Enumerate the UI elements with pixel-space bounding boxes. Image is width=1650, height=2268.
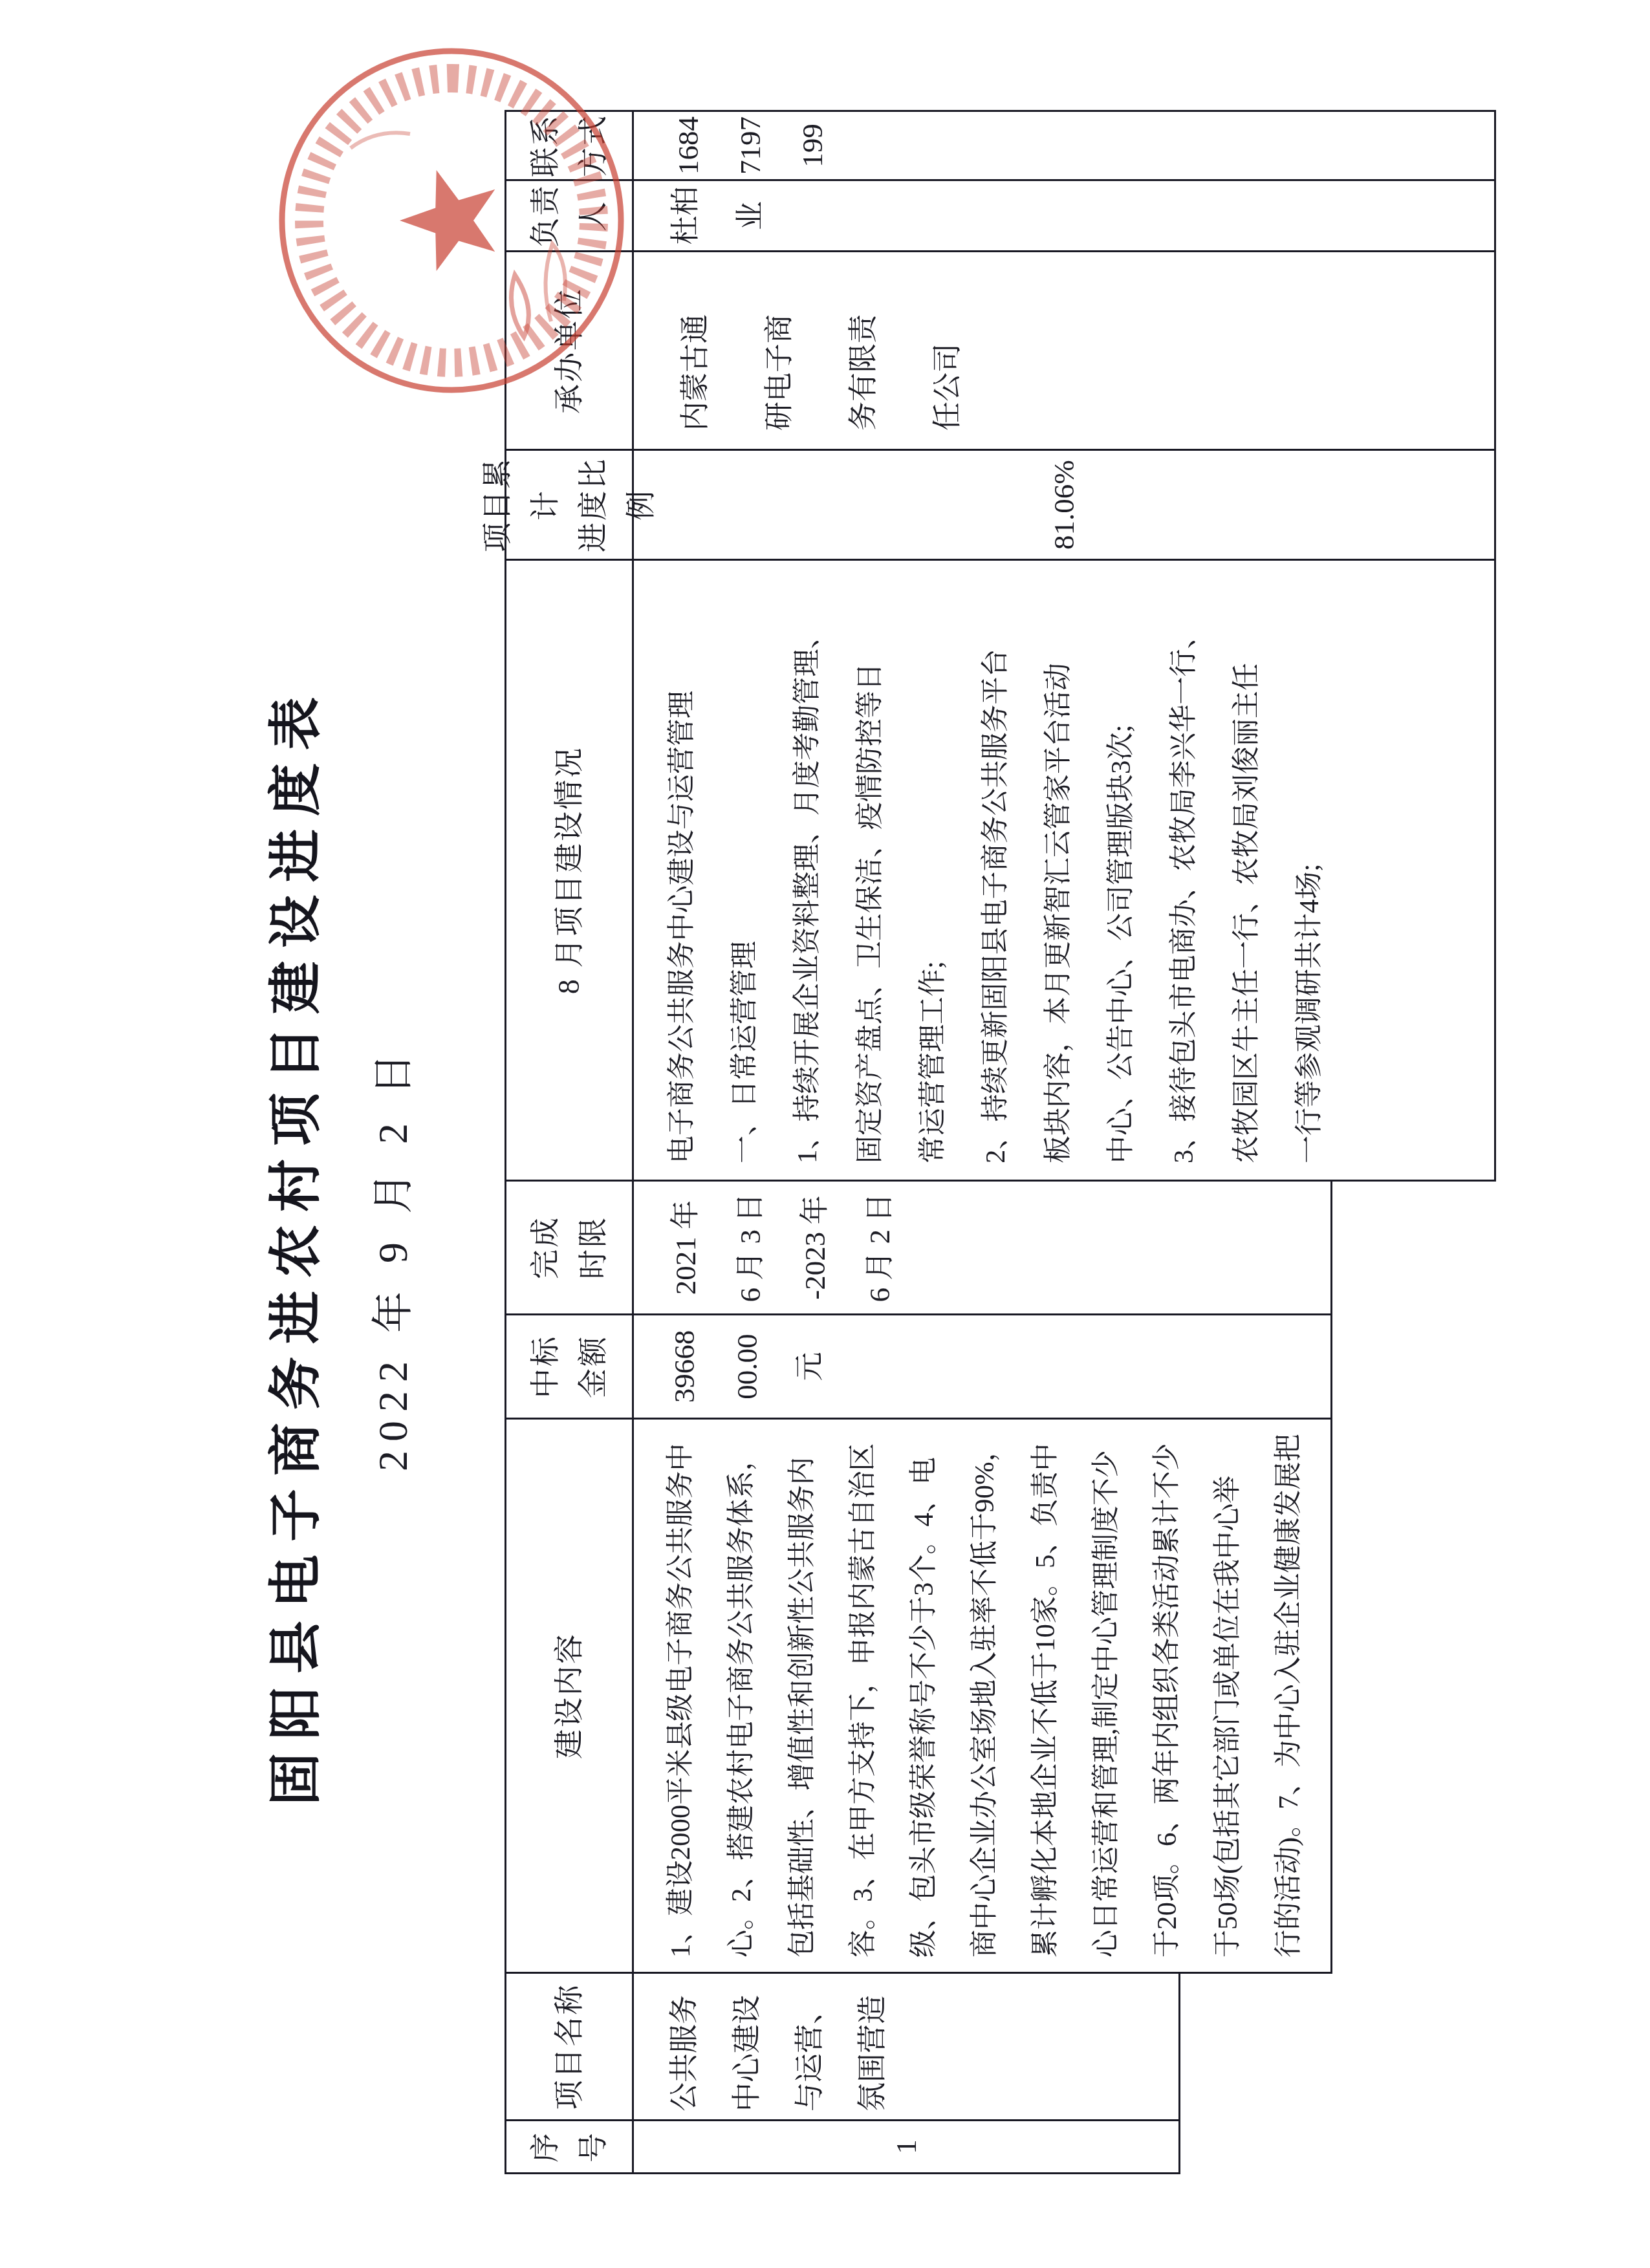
cell-undertaker: 内蒙古通 研电子商 务有限责 任公司 bbox=[632, 250, 1496, 451]
report-date: 2022 年 9 月 2 日 bbox=[360, 248, 419, 2268]
cell-construction-content: 1、建设2000平米县级电子商务公共服务中 心。2、搭建农村电子商务公共服务体系… bbox=[632, 1418, 1332, 1974]
seal-star-icon bbox=[400, 170, 495, 271]
page-title: 固阳县电子商务进农村项目建设进度表 bbox=[254, 222, 329, 2268]
header-august-status: 8 月项目建设情况 bbox=[505, 559, 634, 1182]
cell-deadline: 2021 年 6 月 3 日 -2023 年 6 月 2 日 bbox=[632, 1180, 1332, 1315]
cell-cumulative-progress: 81.06% bbox=[632, 449, 1496, 561]
cell-contact: 1684 7197 199 bbox=[632, 110, 1496, 181]
header-serial: 序 号 bbox=[505, 2119, 634, 2174]
scanned-progress-report: 固阳县电子商务进农村项目建设进度表 2022 年 9 月 2 日 序 号 项目名… bbox=[0, 0, 1650, 2268]
seal-scribble bbox=[351, 133, 410, 148]
cell-serial: 1 bbox=[632, 2119, 1180, 2174]
header-project-name: 项目名称 bbox=[505, 1972, 634, 2121]
header-bid-amount: 中标 金额 bbox=[505, 1313, 634, 1420]
header-deadline: 完成 时限 bbox=[505, 1180, 634, 1315]
cell-person-in-charge: 杜柏 业 bbox=[632, 179, 1496, 252]
header-cumulative-progress: 项目累计 进度比例 bbox=[505, 449, 634, 561]
cell-august-status: 电子商务公共服务中心建设与运营管理 一、日常运营管理 1、持续开展企业资料整理、… bbox=[632, 559, 1496, 1182]
seal-scribble bbox=[511, 275, 528, 337]
cell-bid-amount: 39668 00.00 元 bbox=[632, 1313, 1332, 1420]
header-construction-content: 建设内容 bbox=[505, 1418, 634, 1974]
cell-project-name: 公共服务 中心建设 与运营、 氛围营造 bbox=[632, 1972, 1180, 2121]
rotated-document-canvas: 固阳县电子商务进农村项目建设进度表 2022 年 9 月 2 日 序 号 项目名… bbox=[0, 0, 1650, 2268]
red-seal bbox=[273, 42, 630, 399]
